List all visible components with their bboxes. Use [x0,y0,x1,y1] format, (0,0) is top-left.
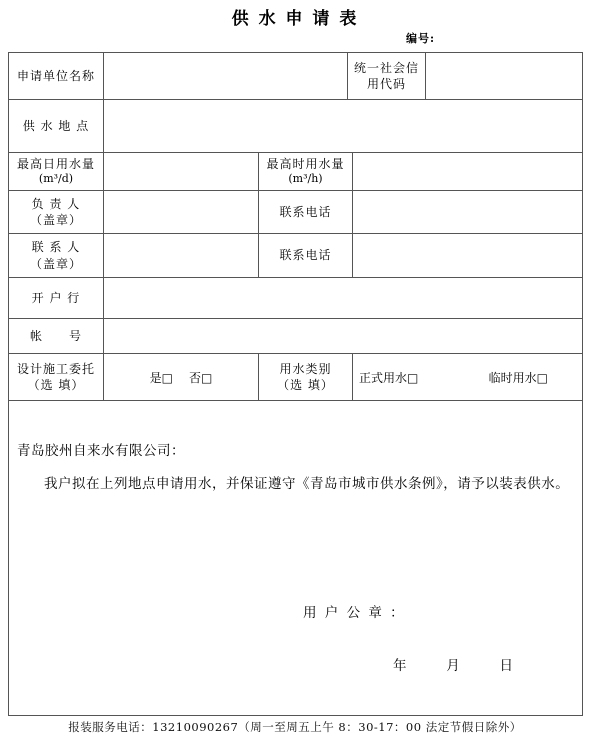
design-optional-note: （选 填） [17,377,95,393]
credit-code-label: 统一社会信用代码 [348,53,426,100]
row-options: 设计施工委托（选 填） 是□ 否□ 用水类别（选 填） 正式用水□ 临时用水□ [9,354,582,401]
row-applicant: 申请单位名称 统一社会信用代码 [9,53,582,100]
date-year-label: 年 [393,654,407,674]
design-yes-checkbox[interactable]: 是□ [150,369,173,386]
principal-phone-input[interactable] [353,191,582,234]
contact-label: 联 系 人（盖章） [9,234,104,278]
row-bank: 开 户 行 [9,278,582,319]
row-contact: 联 系 人（盖章） 联系电话 [9,234,582,278]
design-no-checkbox[interactable]: 否□ [189,369,212,386]
principal-seal-note: （盖章） [30,212,82,228]
design-commission-options: 是□ 否□ [104,354,259,401]
contact-seal-note: （盖章） [30,256,82,272]
daily-max-input[interactable] [104,153,259,191]
account-label: 帐 号 [9,319,104,354]
usage-type-label: 用水类别（选 填） [259,354,353,401]
user-seal-label: 用 户 公 章 ： [303,601,406,621]
contact-phone-label: 联系电话 [259,234,353,278]
principal-phone-label: 联系电话 [259,191,353,234]
daily-max-label: 最高日用水量(m³/d) [9,153,104,191]
principal-label: 负 责 人（盖章） [9,191,104,234]
hourly-max-input[interactable] [353,153,582,191]
formal-water-checkbox[interactable]: 正式用水□ [359,369,418,386]
usage-optional-note: （选 填） [277,377,334,393]
application-form-table: 申请单位名称 统一社会信用代码 供 水 地 点 最高日用水量(m³/d) 最高时… [8,52,583,716]
principal-input[interactable] [104,191,259,234]
design-commission-label: 设计施工委托（选 填） [9,354,104,401]
hourly-max-unit: (m³/h) [266,172,344,187]
contact-input[interactable] [104,234,259,278]
bank-input[interactable] [104,278,582,319]
row-statement: 青岛胶州自来水有限公司： 我户拟在上列地点申请用水，并保证遵守《青岛市城市供水条… [9,401,582,715]
row-max-usage: 最高日用水量(m³/d) 最高时用水量(m³/h) [9,153,582,191]
row-account: 帐 号 [9,319,582,354]
supply-location-label: 供 水 地 点 [9,100,104,153]
bank-label: 开 户 行 [9,278,104,319]
supply-location-input[interactable] [104,100,582,153]
page-title: 供 水 申 请 表 [0,4,590,29]
usage-type-options: 正式用水□ 临时用水□ [353,354,582,401]
row-principal: 负 责 人（盖章） 联系电话 [9,191,582,234]
temporary-water-checkbox[interactable]: 临时用水□ [489,369,548,386]
service-phone-footer: 报装服务电话：13210090267（周一至周五上午 8：30-17：00 法定… [0,719,590,735]
statement-cell: 青岛胶州自来水有限公司： 我户拟在上列地点申请用水，并保证遵守《青岛市城市供水条… [9,401,582,715]
statement-text: 青岛胶州自来水有限公司： 我户拟在上列地点申请用水，并保证遵守《青岛市城市供水条… [17,435,574,501]
applicant-name-input[interactable] [104,53,348,100]
date-day-label: 日 [500,654,514,674]
date-line: 年 月 日 [393,654,513,674]
date-month-label: 月 [446,654,460,674]
applicant-name-label: 申请单位名称 [9,53,104,100]
hourly-max-label: 最高时用水量(m³/h) [259,153,353,191]
account-input[interactable] [104,319,582,354]
row-location: 供 水 地 点 [9,100,582,153]
contact-phone-input[interactable] [353,234,582,278]
statement-addressee: 青岛胶州自来水有限公司： [17,435,574,468]
credit-code-input[interactable] [426,53,582,100]
serial-number-label: 编号: [406,30,435,46]
daily-max-unit: (m³/d) [17,172,95,187]
statement-pledge: 我户拟在上列地点申请用水，并保证遵守《青岛市城市供水条例》，请予以装表供水。 [17,468,574,501]
